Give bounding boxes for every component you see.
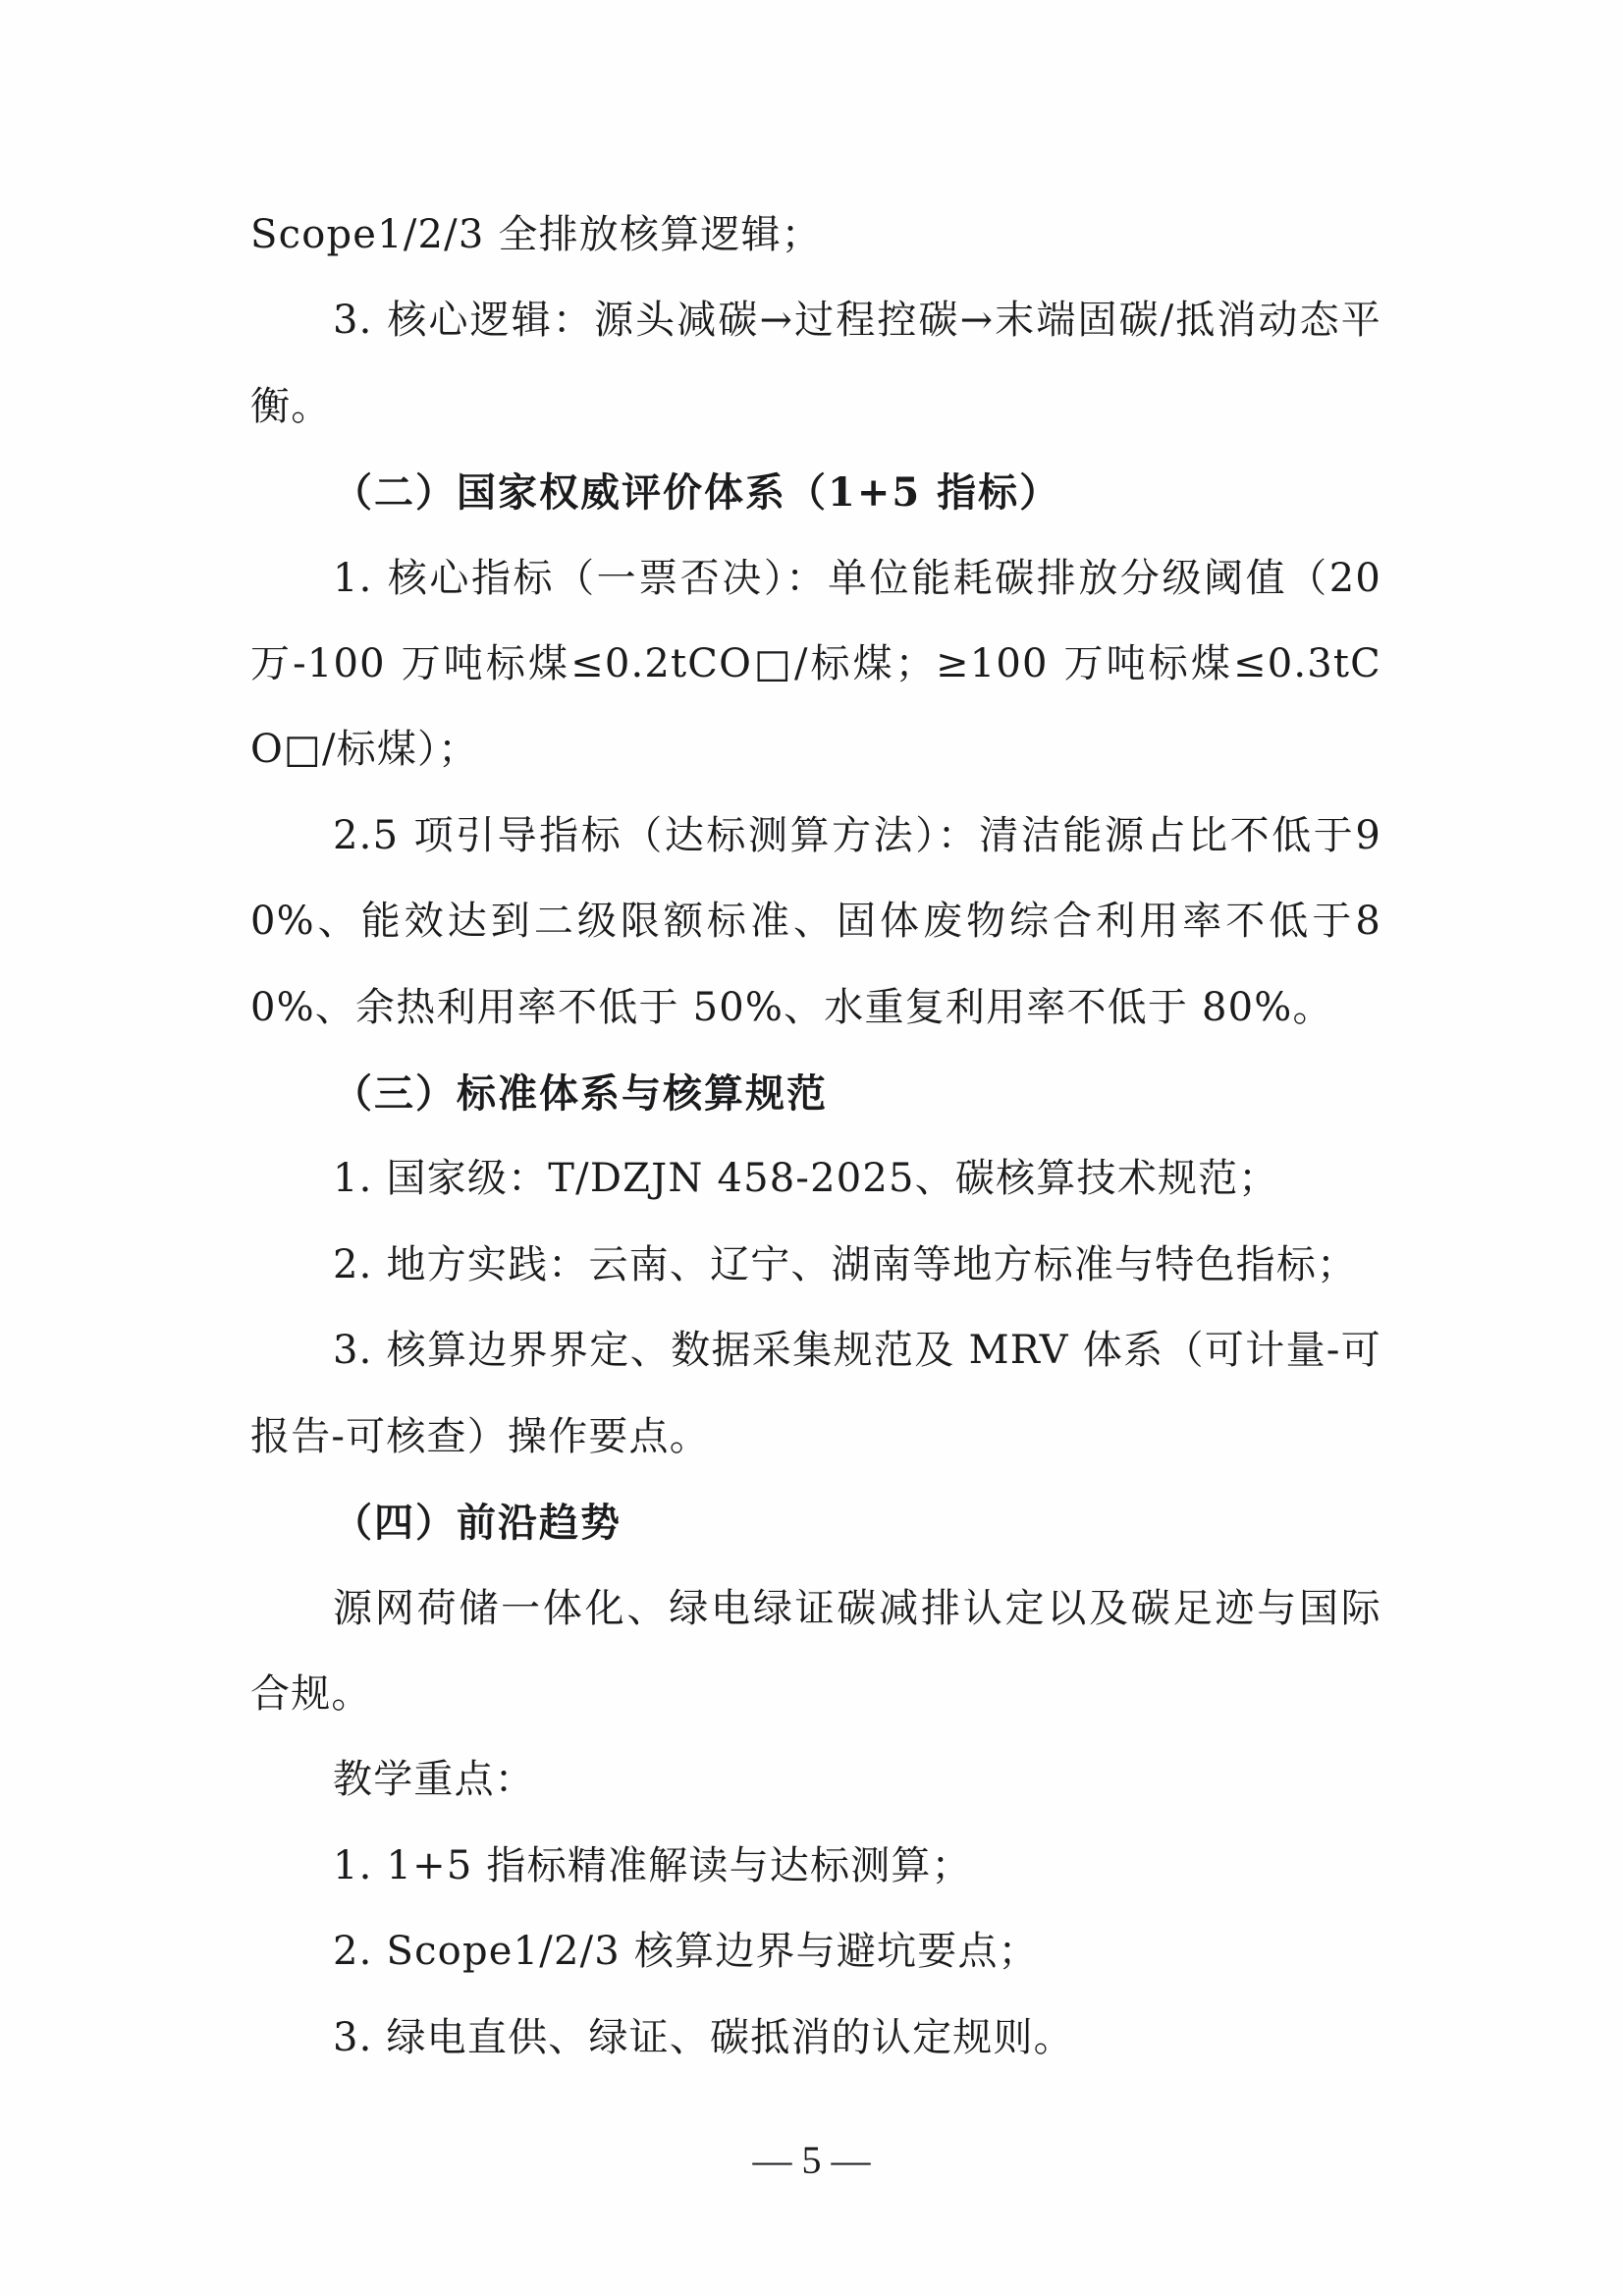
- paragraph-national-level: 1. 国家级：T/DZJN 458-2025、碳核算技术规范；: [250, 1136, 1381, 1222]
- section-heading-4: （四）前沿趋势: [250, 1480, 1381, 1565]
- paragraph-mrv-system: 3. 核算边界界定、数据采集规范及 MRV 体系（可计量-可报告-可核查）操作要…: [250, 1308, 1381, 1480]
- teaching-focus-item-1: 1. 1+5 指标精准解读与达标测算；: [250, 1824, 1381, 1909]
- paragraph-core-indicator: 1. 核心指标（一票否决）：单位能耗碳排放分级阈值（20万-100 万吨标煤≤0…: [250, 536, 1381, 793]
- teaching-focus-item-2: 2. Scope1/2/3 核算边界与避坑要点；: [250, 1909, 1381, 1995]
- paragraph-frontier-trends: 源网荷储一体化、绿电绿证碳减排认定以及碳足迹与国际合规。: [250, 1566, 1381, 1738]
- paragraph-local-practice: 2. 地方实践：云南、辽宁、湖南等地方标准与特色指标；: [250, 1223, 1381, 1308]
- teaching-focus-label: 教学重点：: [250, 1737, 1381, 1823]
- paragraph-scope-continuation: Scope1/2/3 全排放核算逻辑；: [250, 192, 1381, 278]
- section-heading-2: （二）国家权威评价体系（1+5 指标）: [250, 450, 1381, 535]
- page-number: — 5 —: [0, 2131, 1623, 2190]
- document-page: Scope1/2/3 全排放核算逻辑； 3. 核心逻辑：源头减碳→过程控碳→末端…: [0, 0, 1623, 2296]
- section-heading-3: （三）标准体系与核算规范: [250, 1051, 1381, 1136]
- teaching-focus-item-3: 3. 绿电直供、绿证、碳抵消的认定规则。: [250, 1995, 1381, 2081]
- paragraph-guiding-indicators: 2.5 项引导指标（达标测算方法）：清洁能源占比不低于90%、能效达到二级限额标…: [250, 793, 1381, 1051]
- document-body: Scope1/2/3 全排放核算逻辑； 3. 核心逻辑：源头减碳→过程控碳→末端…: [250, 192, 1381, 2081]
- paragraph-core-logic: 3. 核心逻辑：源头减碳→过程控碳→末端固碳/抵消动态平衡。: [250, 278, 1381, 450]
